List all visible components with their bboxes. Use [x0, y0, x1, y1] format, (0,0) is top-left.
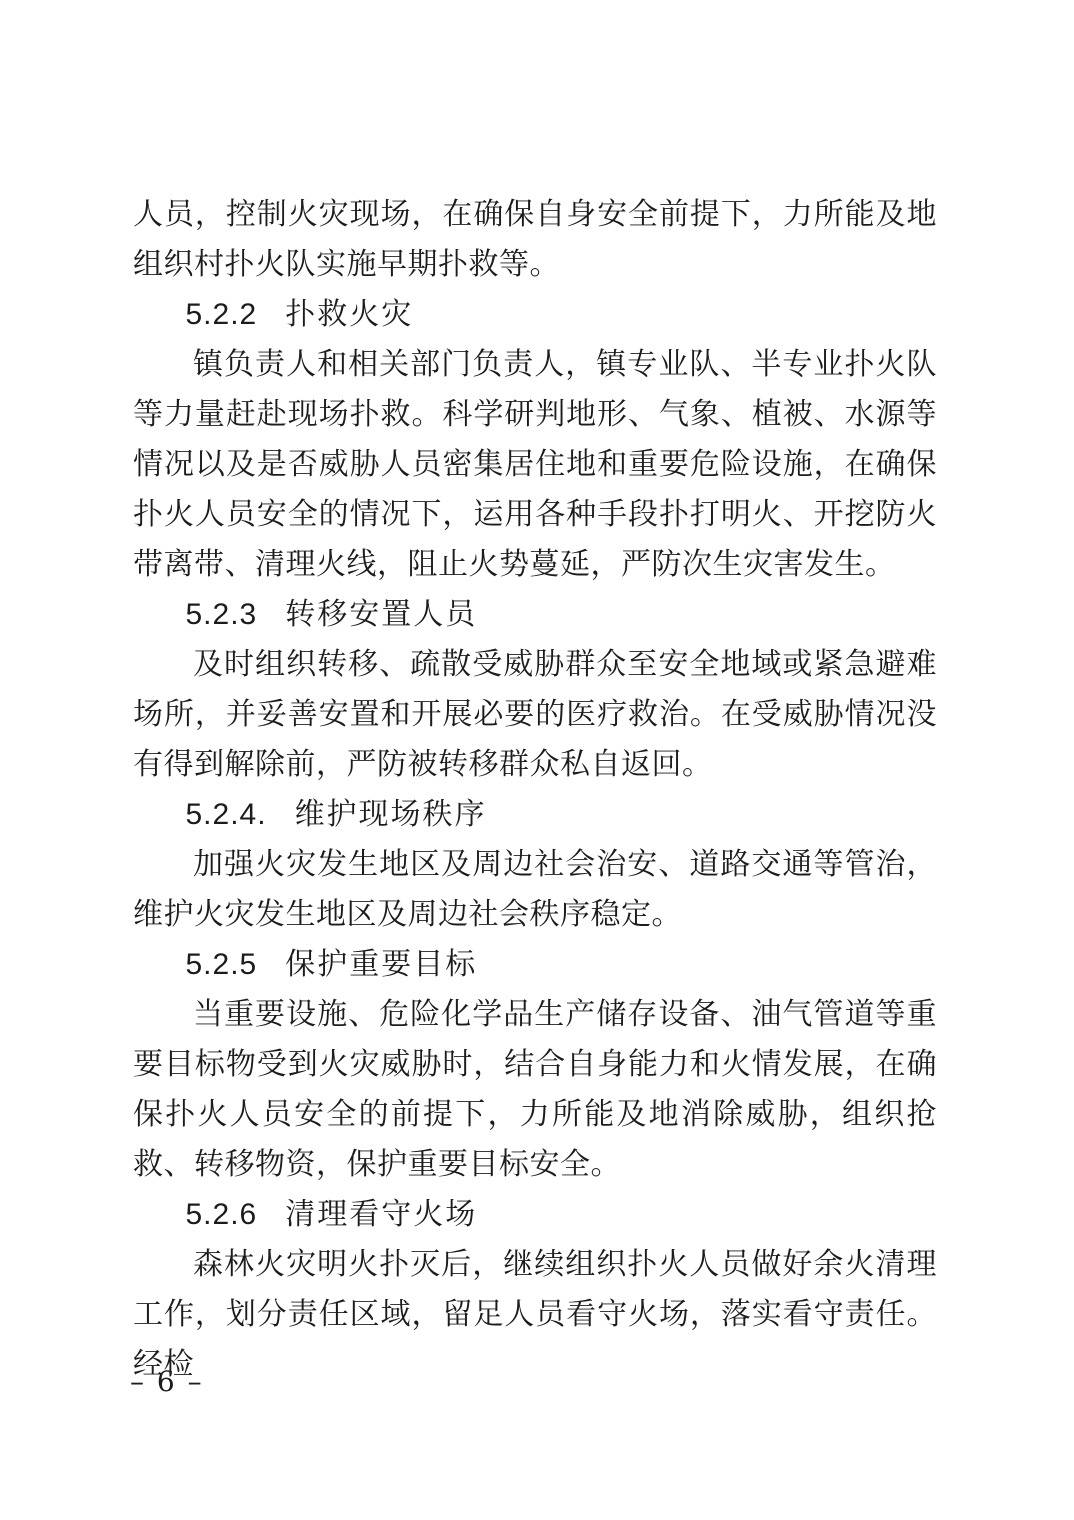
paragraph: 当重要设施、危险化学品生产储存设备、油气管道等重要目标物受到火灾威胁时，结合自身…	[133, 990, 937, 1190]
section-title: 扑救火灾	[285, 298, 413, 331]
document-text-block: 人员，控制火灾现场，在确保自身安全前提下，力所能及地组织村扑火队实施早期扑救等。…	[133, 190, 937, 1390]
section-heading-5-2-5: 5.2.5保护重要目标	[133, 940, 937, 990]
page-number: – 6 –	[130, 1362, 204, 1402]
paragraph: 加强火灾发生地区及周边社会治安、道路交通等管治，维护火灾发生地区及周边社会秩序稳…	[133, 840, 937, 940]
section-number: 5.2.3	[186, 598, 258, 631]
document-page: 人员，控制火灾现场，在确保自身安全前提下，力所能及地组织村扑火队实施早期扑救等。…	[0, 0, 1074, 1520]
section-title: 转移安置人员	[285, 598, 477, 631]
paragraph: 森林火灾明火扑灭后，继续组织扑火人员做好余火清理工作，划分责任区域，留足人员看守…	[133, 1240, 937, 1390]
section-number: 5.2.6	[186, 1198, 258, 1231]
section-number: 5.2.2	[186, 298, 258, 331]
section-number: 5.2.5	[186, 948, 258, 981]
section-heading-5-2-4: 5.2.4.维护现场秩序	[133, 790, 937, 840]
section-heading-5-2-6: 5.2.6清理看守火场	[133, 1190, 937, 1240]
section-heading-5-2-2: 5.2.2扑救火灾	[133, 290, 937, 340]
paragraph: 及时组织转移、疏散受威胁群众至安全地域或紧急避难场所，并妥善安置和开展必要的医疗…	[133, 640, 937, 790]
section-title: 清理看守火场	[285, 1198, 477, 1231]
section-number: 5.2.4.	[186, 798, 267, 831]
paragraph-continuation: 人员，控制火灾现场，在确保自身安全前提下，力所能及地组织村扑火队实施早期扑救等。	[133, 190, 937, 290]
section-title: 维护现场秩序	[295, 798, 487, 831]
section-title: 保护重要目标	[285, 948, 477, 981]
paragraph: 镇负责人和相关部门负责人，镇专业队、半专业扑火队等力量赶赴现场扑救。科学研判地形…	[133, 340, 937, 590]
section-heading-5-2-3: 5.2.3转移安置人员	[133, 590, 937, 640]
